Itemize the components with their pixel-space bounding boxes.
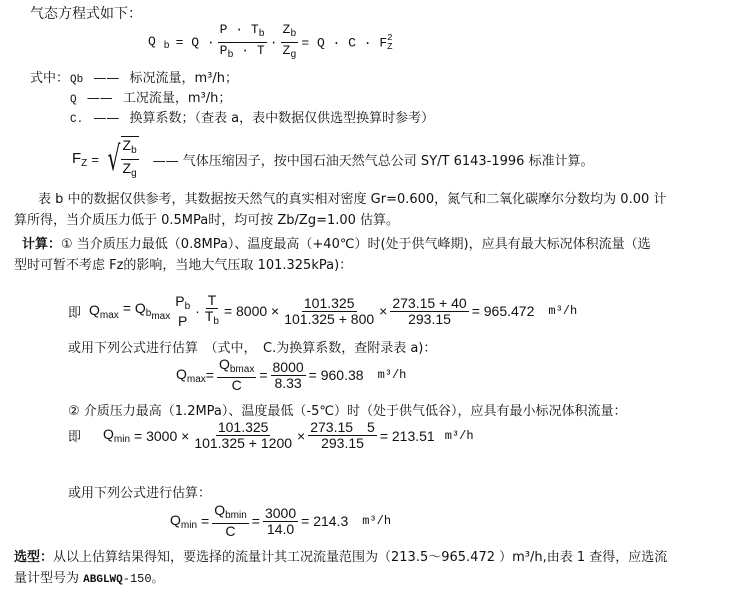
equation-qmin: 即 Qmin = 3000 × 101.325101.325 + 1200 × … — [68, 420, 474, 451]
equation-qmax: 即 Qmax = Qbmax PbP · TTb = 8000 × 101.32… — [68, 293, 577, 329]
eq-equals: = Q · — [176, 35, 215, 50]
selection-label: 选型： — [14, 550, 53, 565]
main-equation: Q b = Q · P · Tb Pb · T · Zb Zg = Q · C … — [148, 22, 393, 63]
eq-fraction-2: Zb Zg — [281, 22, 299, 63]
calc-case1-line1: 计算：① 当介质压力最低（0.8MPa）、温度最高（+40℃）时(处于供气峰期)… — [22, 233, 651, 252]
calc-case2-line: ② 介质压力最高（1.2MPa）、温度最低（-5℃）时（处于供气低谷），应具有最… — [68, 400, 626, 419]
note-line-1: 表 b 中的数据仅供参考，其数据按天然气的真实相对密度 Gr=0.600，氮气和… — [38, 188, 666, 207]
definitions-label: 式中： — [30, 67, 69, 86]
equation-qmax-alt: Qmax = QbmaxC = 80008.33 = 960.38 m³/h — [176, 357, 406, 393]
note-line-2: 算所得，当介质压力低于 0.5MPa时，均可按 Zb/Zg=1.00 估算。 — [14, 209, 399, 228]
sqrt-symbol: √ Zb Zg — [103, 136, 139, 182]
definition-item: C. —— 换算系数；（查表 a，表中数据仅供选型换算时参考） — [70, 107, 434, 126]
eq-lhs: Q b — [148, 34, 170, 52]
selection-line-1: 选型：从以上估算结果得知，要选择的流量计其工况流量范围为（213.5～965.4… — [14, 546, 667, 565]
alt2-text: 或用下列公式进行估算： — [68, 482, 211, 501]
eq-fraction-1: P · Tb Pb · T — [218, 22, 267, 63]
alt1-text: 或用下列公式进行估算 （式中， C.为换算系数，查附录表 a)： — [68, 337, 436, 356]
definition-item: Qb —— 标况流量，m³/h； — [70, 67, 238, 86]
model-number: ABGLWQ — [83, 574, 123, 586]
eq-dot: · — [270, 35, 278, 50]
fz-equation: FZ = √ Zb Zg —— 气体压缩因子，按中国石油天然气总公司 SY/T … — [72, 136, 594, 182]
selection-line-2: 量计型号为 ABGLWQ-150。 — [14, 567, 164, 586]
definition-item: Q —— 工况流量，m³/h； — [70, 87, 231, 106]
fz-description: —— 气体压缩因子，按中国石油天然气总公司 SY/T 6143-1996 标准计… — [153, 150, 594, 169]
eq-rhs: = Q · C · F2Z — [301, 34, 392, 52]
calc-label: 计算： — [22, 237, 61, 252]
calc-case1-line2: 型时可暂不考虑 Fz的影响，当地大气压取 101.325kPa)： — [14, 254, 352, 273]
intro-title: 气态方程式如下： — [30, 3, 142, 23]
equation-qmin-alt: Qmin = QbminC = 300014.0 = 214.3 m³/h — [170, 503, 391, 539]
